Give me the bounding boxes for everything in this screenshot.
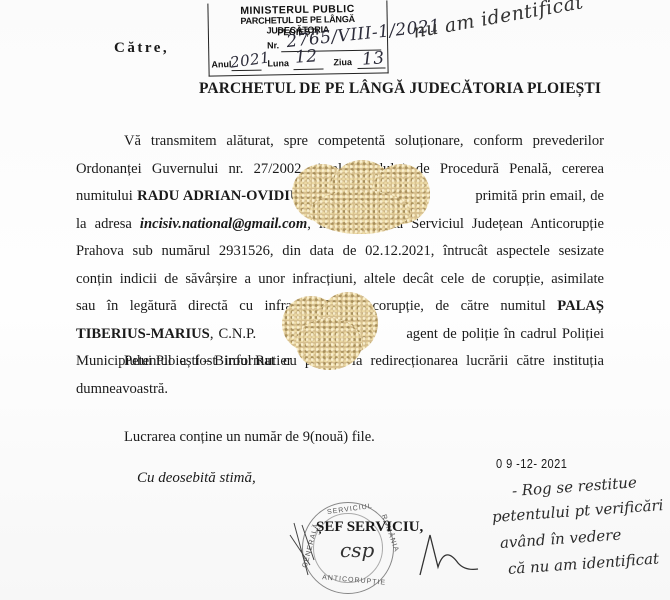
stamp-ziua-value: 13 [361,48,385,70]
stamp-luna-line [294,69,324,71]
email-address: incisiv.national@gmail.com [140,216,307,232]
closing-phrase: Cu deosebită stimă, [137,470,256,487]
salutation: Către, [114,40,169,57]
body-line: dumneavoastră. [76,376,604,404]
handwritten-resolution: - Rog se restitue petentului pt verifică… [486,478,664,582]
stamp-ziua-label: Ziua [333,57,352,67]
accused-name-part1: PALAȘ [557,298,604,314]
accused-name-part2: TIBERIUS-MARIUS [76,326,210,342]
body-line: Prahova sub numărul 2931526, din data de… [76,238,604,266]
text: , C.N.P. agent de poliție în cadrul Poli… [210,326,604,342]
handwritten-note-top: nu am identificat [411,0,585,43]
redaction-blob [310,190,410,234]
paragraph-pages: Lucrarea conține un număr de 9(nouă) fil… [76,424,604,452]
body-line: conțin indicii de săvârșire a unor infra… [76,266,604,294]
text: la adresa [76,216,140,232]
signature-icon [280,505,480,595]
stamp-anul-label: Anul [211,59,231,69]
body-line: Lucrarea conține un număr de 9(nouă) fil… [76,424,604,452]
redaction-blob [296,318,362,370]
date-stamp: 0 9 -12- 2021 [496,456,567,471]
text: numitului [76,188,137,204]
document-page: MINISTERUL PUBLIC PARCHETUL DE PE LÂNGĂ … [0,0,670,600]
petitioner-name: RADU ADRIAN-OVIDIU [137,188,300,204]
body-line: Vă transmitem alăturat, spre competentă … [76,128,604,156]
stamp-luna-value: 12 [294,46,318,68]
addressee: PARCHETUL DE PE LÂNGĂ JUDECĂTORIA PLOIEȘ… [199,80,601,98]
